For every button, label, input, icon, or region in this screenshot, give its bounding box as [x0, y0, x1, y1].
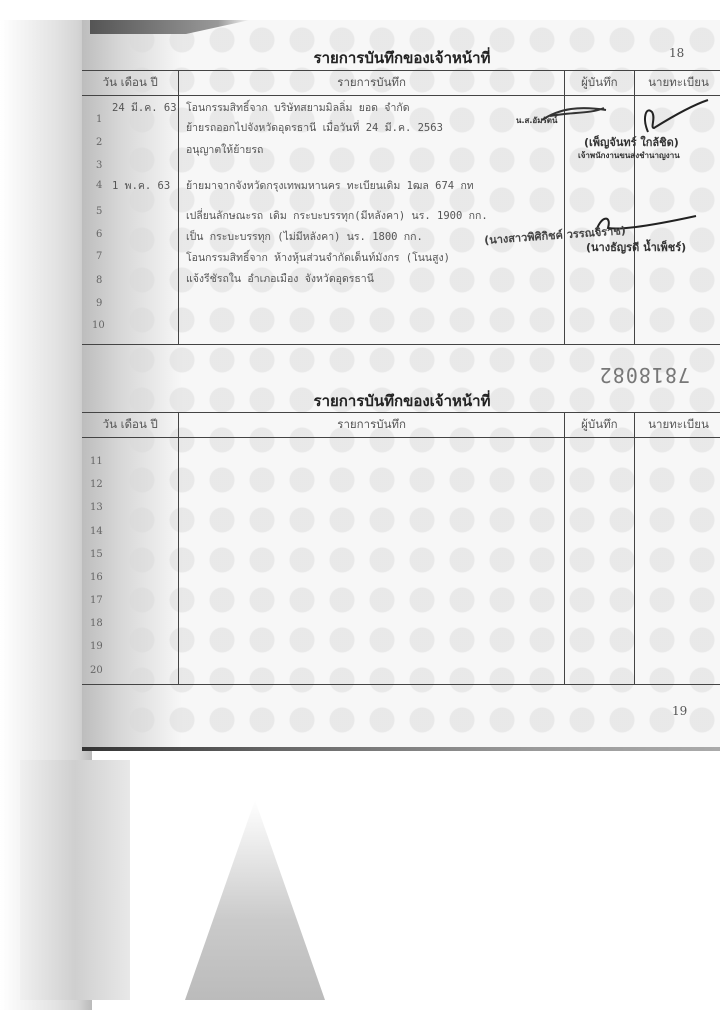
row-number: 10: [92, 320, 105, 331]
bottom-section-title: รายการบันทึกของเจ้าหน้าที่: [82, 389, 720, 413]
registrar-name-2: (นางธัญรดี น้ำเพ็ชร์): [586, 238, 686, 256]
header-date: วัน เดือน ปี: [82, 413, 179, 438]
header-recorder: ผู้บันทึก: [564, 71, 634, 96]
page-number-bottom: 19: [672, 704, 687, 718]
page-bottom-edge: [82, 747, 720, 751]
bottom-record-table: วัน เดือน ปี รายการบันทึก ผู้บันทึก นายท…: [82, 412, 720, 685]
header-date: วัน เดือน ปี: [82, 71, 179, 96]
row-number: 18: [90, 618, 103, 629]
row-number: 8: [96, 275, 102, 286]
registrar-title-1: เจ้าพนักงานขนส่งชำนาญงาน: [578, 149, 680, 162]
header-entry: รายการบันทึก: [179, 413, 564, 438]
row-number: 5: [96, 206, 102, 217]
header-registrar: นายทะเบียน: [634, 413, 720, 438]
entry-line: ย้ายมาจากจังหวัดกรุงเทพมหานคร ทะเบียนเดิ…: [186, 177, 474, 194]
scanner-shadow-band: [20, 760, 130, 1000]
row-number: 13: [90, 502, 103, 513]
entry-date: 1 พ.ค. 63: [112, 177, 170, 194]
entry-line: อนุญาตให้ย้ายรถ: [186, 141, 263, 158]
entry-line: ย้ายรถออกไปจังหวัดอุดรธานี เมื่อวันที่ 2…: [186, 119, 443, 136]
registrar-signature-scrawl: [640, 98, 710, 134]
entry-line: แจ้งรีชัรถใน อำเภอเมือง จังหวัดอุดรธานี: [186, 270, 374, 287]
row-number: 20: [90, 665, 103, 676]
row-number: 12: [90, 479, 103, 490]
entry-line: โอนกรรมสิทธิ์จาก ห้างหุ้นส่วนจำกัดเด็นท์…: [186, 249, 450, 266]
scanner-shadow-wedge: [185, 800, 325, 1000]
signature-scrawl-1: [540, 104, 610, 124]
row-number: 14: [90, 526, 103, 537]
serial-number: 7818082: [599, 363, 690, 387]
entry-line: เปลี่ยนลักษณะรถ เดิม กระบะบรรทุก(มีหลังค…: [186, 207, 488, 224]
page-number-top: 18: [669, 46, 684, 60]
row-number: 19: [90, 641, 103, 652]
header-registrar: นายทะเบียน: [634, 71, 720, 96]
entry-line: เป็น กระบะบรรทุก (ไม่มีหลังคา) นร. 1800 …: [186, 228, 423, 245]
row-number: 4: [96, 180, 102, 191]
row-number: 6: [96, 229, 102, 240]
header-recorder: ผู้บันทึก: [564, 413, 634, 438]
row-number: 11: [90, 456, 103, 467]
top-section-title: รายการบันทึกของเจ้าหน้าที่: [82, 46, 720, 70]
entry-date: 24 มี.ค. 63: [112, 99, 177, 116]
row-number: 16: [90, 572, 103, 583]
header-entry: รายการบันทึก: [179, 71, 564, 96]
row-number: 9: [96, 298, 102, 309]
row-number: 17: [90, 595, 103, 606]
row-number: 3: [96, 160, 102, 171]
row-number: 7: [96, 251, 102, 262]
row-number: 1: [96, 114, 102, 125]
row-number: 2: [96, 137, 102, 148]
row-number: 15: [90, 549, 103, 560]
entry-line: โอนกรรมสิทธิ์จาก บริษัทสยามมิลลิ่ม ยอด จ…: [186, 99, 410, 116]
